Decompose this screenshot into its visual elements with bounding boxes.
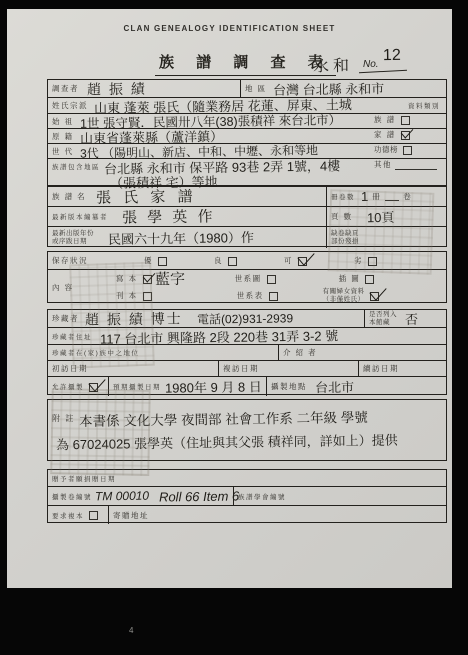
archive-seal-icon bbox=[69, 262, 155, 369]
content-lineage-table: 世系表 bbox=[233, 290, 277, 301]
number-underline bbox=[359, 70, 407, 74]
page-number: 4 bbox=[129, 626, 133, 635]
record-type-zupu-label: 族 譜 bbox=[374, 114, 396, 125]
record-type-gongdebang-checkbox bbox=[403, 146, 411, 154]
film-number-row: 攝製卷編號 TM 00010 Roll 66 Item 6 族譜學會編號 bbox=[48, 486, 446, 505]
archive-seal-icon bbox=[328, 189, 435, 275]
ancestor-label: 始 祖 bbox=[52, 116, 74, 127]
holder-phone: 電話(02)931-2939 bbox=[197, 309, 293, 327]
surveyor-row: 調查者 趙 振 績 地 區 台灣 台北縣 永和市 bbox=[48, 80, 446, 97]
region-handwriting: 永和 bbox=[313, 53, 353, 77]
record-type-other-label: 其他 bbox=[374, 159, 392, 170]
record-type-other-blank bbox=[395, 160, 437, 170]
scanned-sheet: CLAN GENEALOGY IDENTIFICATION SHEET 族 譜 … bbox=[0, 0, 468, 655]
copy-request-row: 要求複本 寄贈地址 bbox=[48, 505, 446, 524]
generations-label: 世 代 bbox=[52, 146, 74, 157]
film-roll-item-value: Roll 66 Item 6 bbox=[159, 488, 239, 504]
title-zone: 族 譜 調 查 表 永和 No. 12 bbox=[7, 47, 452, 77]
condition-option-fair: 可 bbox=[280, 255, 306, 266]
condition-option-good: 良 bbox=[210, 255, 236, 266]
sheet-number: 12 bbox=[383, 47, 401, 65]
content-women-info: 有關婦女資料 （非僅姓氏） bbox=[319, 288, 378, 303]
record-type-gongdebang-label: 功德榜 bbox=[374, 144, 398, 155]
listed-in-collection-label: 是否列入 本館藏 bbox=[369, 311, 397, 326]
listed-in-collection-value: 否 bbox=[405, 309, 418, 328]
film-number-label: 攝製卷編號 bbox=[52, 492, 92, 501]
content-illustrations: 插 圖 bbox=[335, 273, 374, 284]
record-type-jiapu-checkbox bbox=[401, 131, 409, 139]
send-address-label: 寄贈地址 bbox=[113, 510, 149, 521]
microfilm-box: 贈予者願捐贈日期 攝製卷編號 TM 00010 Roll 66 Item 6 族… bbox=[47, 469, 447, 523]
publication-year-value: 民國六十九年（1980）作 bbox=[108, 227, 254, 248]
genealogy-name-value: 張 氏 家 譜 bbox=[96, 185, 197, 207]
second-visit-label: 複訪日期 bbox=[223, 363, 259, 374]
society-number-label: 族譜學會編號 bbox=[238, 492, 286, 501]
english-header: CLAN GENEALOGY IDENTIFICATION SHEET bbox=[7, 24, 452, 33]
identity-box: 調查者 趙 振 績 地 區 台灣 台北縣 永和市 姓氏宗派 山東 蓬萊 張氏（隨… bbox=[47, 79, 447, 187]
record-type-zupu-checkbox bbox=[401, 116, 409, 124]
paper: CLAN GENEALOGY IDENTIFICATION SHEET 族 譜 … bbox=[7, 9, 452, 588]
origin-label: 原 籍 bbox=[52, 131, 74, 142]
coverage-label: 族譜包含地區 bbox=[52, 162, 100, 171]
area-label: 地 區 bbox=[245, 83, 267, 94]
content-lineage-chart: 世系圖 bbox=[231, 273, 275, 284]
publication-year-label: 最新出版年份 或序跋日期 bbox=[52, 230, 94, 245]
followup-visit-label: 續訪日期 bbox=[363, 363, 399, 374]
filming-date-value: 1980年 9 月 8 日 bbox=[165, 376, 262, 396]
doc-type-header: 資料類別 bbox=[408, 101, 440, 110]
filming-place-value: 台北市 bbox=[315, 377, 354, 397]
page-title: 族 譜 調 查 表 bbox=[155, 51, 336, 76]
introducer-label: 介 紹 者 bbox=[283, 347, 317, 358]
editor-value: 張 學 英 作 bbox=[122, 205, 216, 227]
clan-label: 姓氏宗派 bbox=[52, 100, 88, 111]
copy-request-checkbox bbox=[89, 511, 97, 519]
filming-place-label: 攝製地點 bbox=[271, 381, 307, 392]
copy-request-label: 要求複本 bbox=[52, 511, 84, 520]
archive-seal-icon bbox=[50, 388, 150, 476]
surveyor-label: 調查者 bbox=[52, 83, 79, 94]
genealogy-name-label: 族 譜 名 bbox=[52, 191, 86, 202]
record-type-jiapu-label: 家 譜 bbox=[374, 129, 396, 140]
manuscript-note: 藍字 bbox=[154, 268, 184, 289]
surveyor-value: 趙 振 績 bbox=[87, 78, 147, 99]
editor-label: 最新版本編纂者 bbox=[52, 212, 108, 221]
film-number-value: TM 00010 bbox=[95, 489, 149, 504]
record-type-group: 族 譜 家 譜 功德榜 其他 bbox=[370, 112, 437, 172]
number-label: No. bbox=[363, 59, 379, 70]
